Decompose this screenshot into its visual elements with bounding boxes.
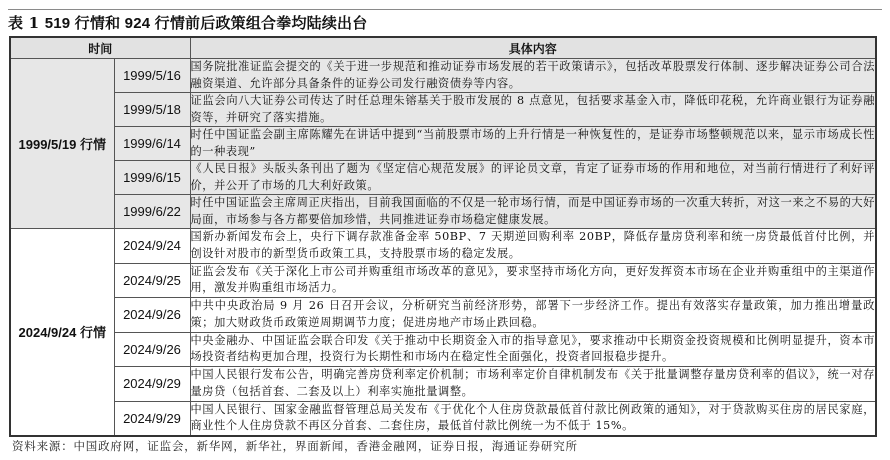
table-title: 表 1 519 行情和 924 行情前后政策组合拳均陆续出台: [8, 12, 367, 34]
row-content: 时任中国证监会副主席陈耀先在讲话中提到“当前股票市场的上升行情是一种恢复性的，是…: [190, 127, 876, 161]
top-rule: [8, 9, 882, 10]
table-title-text: 519 行情和 924 行情前后政策组合拳均陆续出台: [45, 15, 368, 32]
table-row: 2024/9/24 行情 2024/9/24 国新办新闻发布会上，央行下调存款准…: [10, 229, 876, 264]
row-date: 2024/9/24: [114, 229, 190, 264]
table-row: 1999/5/18 证监会向八大证券公司传达了时任总理朱镕基关于股市发展的 8 …: [10, 93, 876, 127]
row-date: 1999/6/14: [114, 127, 190, 161]
row-date: 1999/6/15: [114, 161, 190, 195]
row-date: 1999/5/16: [114, 59, 190, 93]
row-content: 国务院批准证监会提交的《关于进一步规范和推动证券市场发展的若干政策请示》，包括改…: [190, 59, 876, 93]
row-date: 1999/6/22: [114, 195, 190, 229]
table-row: 1999/6/15 《人民日报》头版头条刊出了题为《坚定信心规范发展》的评论员文…: [10, 161, 876, 195]
row-content: 国新办新闻发布会上，央行下调存款准备金率 50BP、7 天期逆回购利率 20BP…: [190, 229, 876, 264]
row-content: 证监会发布《关于深化上市公司并购重组市场改革的意见》，要求坚持市场化方向，更好发…: [190, 263, 876, 298]
row-content: 时任中国证监会主席周正庆指出，目前我国面临的不仅是一轮市场行情，而是中国证券市场…: [190, 195, 876, 229]
table-row: 1999/6/22 时任中国证监会主席周正庆指出，目前我国面临的不仅是一轮市场行…: [10, 195, 876, 229]
group-label-2024: 2024/9/24 行情: [10, 229, 114, 436]
source-note: 资料来源：中国政府网，证监会，新华网，新华社，界面新闻，香港金融网，证券日报，海…: [12, 438, 578, 454]
row-content: 中共中央政治局 9 月 26 日召开会议，分析研究当前经济形势，部署下一步经济工…: [190, 298, 876, 333]
group-label-1999: 1999/5/19 行情: [10, 59, 114, 229]
row-date: 2024/9/26: [114, 332, 190, 367]
row-content: 中央金融办、中国证监会联合印发《关于推动中长期资金入市的指导意见》，要求推动中长…: [190, 332, 876, 367]
header-time: 时间: [10, 37, 190, 59]
policy-table: 时间 具体内容 1999/5/19 行情 1999/5/16 国务院批准证监会提…: [9, 36, 877, 437]
table-row: 2024/9/29 中国人民银行、国家金融监督管理总局关发布《于优化个人住房贷款…: [10, 401, 876, 436]
row-date: 2024/9/29: [114, 367, 190, 402]
header-content: 具体内容: [190, 37, 876, 59]
table-title-prefix: 表 1: [8, 14, 45, 32]
row-content: 《人民日报》头版头条刊出了题为《坚定信心规范发展》的评论员文章，肯定了证券市场的…: [190, 161, 876, 195]
table-row: 2024/9/26 中共中央政治局 9 月 26 日召开会议，分析研究当前经济形…: [10, 298, 876, 333]
row-date: 2024/9/25: [114, 263, 190, 298]
row-content: 中国人民银行、国家金融监督管理总局关发布《于优化个人住房贷款最低首付款比例政策的…: [190, 401, 876, 436]
table-header-row: 时间 具体内容: [10, 37, 876, 59]
table-row: 1999/5/19 行情 1999/5/16 国务院批准证监会提交的《关于进一步…: [10, 59, 876, 93]
row-content: 证监会向八大证券公司传达了时任总理朱镕基关于股市发展的 8 点意见，包括要求基金…: [190, 93, 876, 127]
table-row: 2024/9/29 中国人民银行发布公告，明确完善房贷利率定价机制；市场利率定价…: [10, 367, 876, 402]
table-row: 1999/6/14 时任中国证监会副主席陈耀先在讲话中提到“当前股票市场的上升行…: [10, 127, 876, 161]
row-date: 1999/5/18: [114, 93, 190, 127]
table-row: 2024/9/26 中央金融办、中国证监会联合印发《关于推动中长期资金入市的指导…: [10, 332, 876, 367]
row-date: 2024/9/29: [114, 401, 190, 436]
row-content: 中国人民银行发布公告，明确完善房贷利率定价机制；市场利率定价自律机制发布《关于批…: [190, 367, 876, 402]
table-row: 2024/9/25 证监会发布《关于深化上市公司并购重组市场改革的意见》，要求坚…: [10, 263, 876, 298]
row-date: 2024/9/26: [114, 298, 190, 333]
